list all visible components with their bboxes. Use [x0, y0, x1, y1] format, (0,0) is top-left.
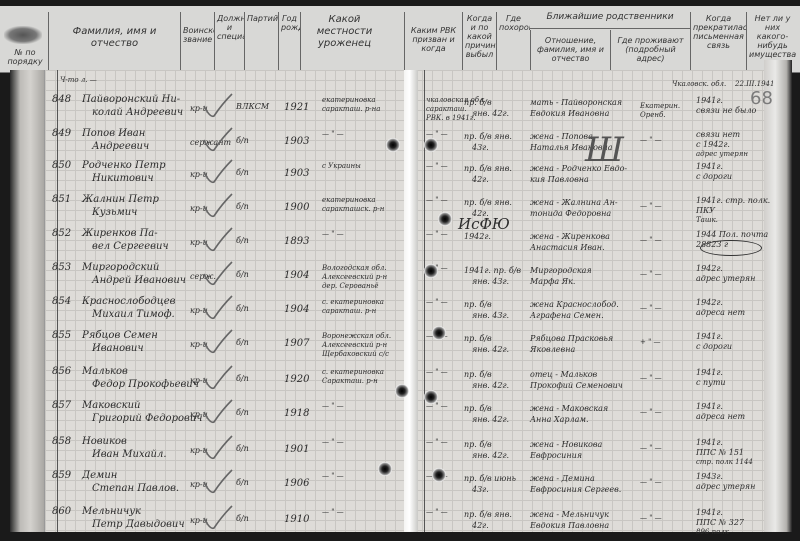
- entry-lost-contact: 1941г.: [696, 508, 723, 517]
- col-header-relation: Отношение, фамилия, имя и отчество: [530, 30, 610, 70]
- entry-birthplace: — " —: [322, 472, 344, 480]
- entry-birthplace: Вологодская обл.: [322, 264, 387, 272]
- bullet-hole: [386, 138, 400, 152]
- entry-address: + " —: [640, 338, 661, 346]
- entry-address: — " —: [640, 304, 662, 312]
- entry-party: б/п: [236, 202, 249, 211]
- entry-left-when: пр. б/в янв.: [464, 132, 512, 141]
- entry-surname: Демин: [82, 470, 117, 482]
- entry-lost-contact-2: с дороги: [696, 172, 732, 181]
- entry-birth-year: 1904: [284, 270, 309, 282]
- checkmark-icon: [200, 364, 234, 392]
- checkmark-icon: [200, 434, 234, 462]
- checkmark-icon: [200, 468, 234, 496]
- entry-number: 848: [52, 94, 71, 106]
- entry-relative: Миргородская: [530, 266, 592, 275]
- entry-address: — " —: [640, 408, 662, 416]
- entry-party: б/п: [236, 478, 249, 487]
- col-header-lost-contact: Когда прекратилась письменная связь: [690, 12, 746, 70]
- entry-relative: жена - Жиренкова: [530, 232, 610, 241]
- checkmark-icon: [200, 192, 234, 220]
- entry-rvk-3: РВК. в 1941г.: [426, 114, 476, 122]
- entry-party: ВЛКСМ: [236, 102, 269, 111]
- entry-lost-contact: 1941г.: [696, 368, 723, 377]
- entry-rvk-2: саракташ.: [426, 105, 467, 113]
- entry-surname: Мальков: [82, 366, 128, 378]
- entry-rvk: — " —: [426, 368, 448, 376]
- entry-left-when-2: янв. 42г.: [472, 451, 509, 460]
- entry-left-when: пр. б/в: [464, 98, 492, 107]
- top-right-date: 22.III.1941: [735, 80, 774, 88]
- entry-relative: жена - Попова: [530, 132, 593, 141]
- entry-birthplace-2: Алексеевский р-н: [322, 341, 387, 349]
- entry-lost-contact: 1941г.: [696, 332, 723, 341]
- entry-lost-contact-2: с 1942г.: [696, 140, 730, 149]
- top-left-note: Ч-то л. —: [60, 76, 97, 84]
- col-header-birthplace: Какой местности уроженец: [300, 12, 388, 70]
- contact-oval: [700, 240, 762, 256]
- entry-birthplace-3: дер. Серованьё: [322, 282, 379, 290]
- entry-lost-contact-2: ППС № 151: [696, 448, 744, 457]
- entry-birth-year: 1903: [284, 136, 309, 148]
- entry-lost-contact-2: с дороги: [696, 342, 732, 351]
- entry-left-when-2: 42г.: [472, 521, 489, 530]
- entry-relative: жена - Маковская: [530, 404, 608, 413]
- entry-address: — " —: [640, 236, 662, 244]
- entry-birthplace: — " —: [322, 438, 344, 446]
- bullet-hole: [432, 468, 446, 482]
- entry-left-when: пр. б/в июнь: [464, 474, 516, 483]
- col-header-left-when: Когда и по какой причине выбыл: [462, 12, 496, 70]
- entry-surname: Миргородский: [82, 262, 159, 274]
- book-left-edge: [10, 70, 44, 532]
- entry-address: Екатерин.: [640, 102, 680, 110]
- entry-birth-year: 1918: [284, 408, 309, 420]
- checkmark-icon: [200, 92, 234, 120]
- entry-surname: Краснослободцев: [82, 296, 175, 308]
- entry-left-when-2: янв. 42г.: [472, 345, 509, 354]
- entry-party: б/п: [236, 304, 249, 313]
- entry-number: 856: [52, 366, 71, 378]
- entry-lost-contact: 1941г.: [696, 162, 723, 171]
- col-header-num: № по порядку: [2, 12, 48, 70]
- entry-relative-name: Евфросиния: [530, 451, 582, 460]
- entry-relative-name: Прокофий Семенович: [530, 381, 623, 390]
- entry-birthplace-2: Алексеевский р-н: [322, 273, 387, 281]
- col-header-name: Фамилия, имя и отчество: [48, 12, 180, 70]
- bullet-hole: [424, 138, 438, 152]
- entry-birthplace-2: саракташск. р-н: [322, 205, 384, 213]
- entry-birth-year: 1921: [284, 102, 309, 114]
- entry-birth-year: 1901: [284, 444, 309, 456]
- checkmark-icon: [200, 504, 234, 532]
- entry-lost-contact: 1941г.: [696, 438, 723, 447]
- entry-party: б/п: [236, 136, 249, 145]
- entry-birth-year: 1893: [284, 236, 309, 248]
- entry-number: 857: [52, 400, 71, 412]
- top-right-region: Чкаловск. обл.: [672, 80, 726, 88]
- entry-rvk: — " —: [426, 438, 448, 446]
- entry-left-when: пр. б/в: [464, 300, 492, 309]
- entry-relative-name: Евдокия Ивановна: [530, 109, 609, 118]
- entry-lost-contact-2: адреса нет: [696, 308, 745, 317]
- entry-party: б/п: [236, 374, 249, 383]
- margin-mark: Ш: [585, 130, 624, 170]
- entry-rvk: — " —: [426, 230, 448, 238]
- entry-address-2: Оренб.: [640, 111, 665, 119]
- entry-birthplace-2: Саракташ. р-н: [322, 377, 378, 385]
- entry-given-name: Иван Михайл.: [92, 449, 167, 461]
- register-header: № по порядку Фамилия, имя и отчество Вои…: [0, 6, 800, 73]
- entry-surname: Пайворонский Ни-: [82, 94, 180, 106]
- entry-lost-contact: 1943г.: [696, 472, 723, 481]
- entry-surname: Рябцов Семен: [82, 330, 158, 342]
- entry-given-name: Петр Давыдович: [92, 519, 185, 531]
- entry-birthplace: с. екатериновка: [322, 368, 384, 376]
- entry-lost-contact: 1941г. стр. полк.: [696, 196, 770, 205]
- entry-address: — " —: [640, 270, 662, 278]
- entry-left-when-2: 43г.: [472, 143, 489, 152]
- entry-given-name: Андрей Иванович: [92, 275, 186, 287]
- entry-surname: Мельничук: [82, 506, 141, 518]
- checkmark-icon: [200, 226, 234, 254]
- entry-birth-year: 1900: [284, 202, 309, 214]
- entry-number: 850: [52, 160, 71, 172]
- entry-relative: жена - Жалнина Ан-: [530, 198, 618, 207]
- entry-relative-name: Аграфена Семен.: [530, 311, 604, 320]
- entry-left-when: пр. б/в: [464, 404, 492, 413]
- entry-lost-contact-2: ППС № 327: [696, 518, 744, 527]
- entry-relative-name: Евдокия Павловна: [530, 521, 609, 530]
- entry-lost-contact-2: с пути: [696, 378, 726, 387]
- entry-given-name: Григорий Федорович: [92, 413, 202, 425]
- entry-left-when: пр. б/в: [464, 440, 492, 449]
- entry-left-when: пр. б/в янв.: [464, 510, 512, 519]
- entry-relative-name: Евфросиния Сергеев.: [530, 485, 621, 494]
- entry-given-name: Михаил Тимоф.: [92, 309, 175, 321]
- entry-number: 851: [52, 194, 71, 206]
- entry-relative: жена - Мельничук: [530, 510, 609, 519]
- entry-relative: жена Краснослобод.: [530, 300, 619, 309]
- entry-birthplace: с. екатериновка: [322, 298, 384, 306]
- entry-birth-year: 1920: [284, 374, 309, 386]
- entry-lost-contact-2: адрес утерян: [696, 274, 755, 283]
- entry-relative: отец - Мальков: [530, 370, 597, 379]
- entry-lost-contact-2: ПКУ: [696, 206, 715, 215]
- entry-number: 849: [52, 128, 71, 140]
- col-header-rank: Воинское звание: [180, 12, 214, 70]
- entry-left-when: 1941г. пр. б/в: [464, 266, 521, 275]
- entry-left-when: пр. б/в: [464, 334, 492, 343]
- entry-given-name: Иванович: [92, 343, 144, 355]
- entry-party: б/п: [236, 236, 249, 245]
- entry-birth-year: 1903: [284, 168, 309, 180]
- entry-party: б/п: [236, 514, 249, 523]
- entry-birth-year: 1907: [284, 338, 309, 350]
- entry-birthplace-3: Щербаковский с/с: [322, 350, 389, 358]
- entry-surname: Новиков: [82, 436, 127, 448]
- entry-lost-contact: 1941г.: [696, 402, 723, 411]
- entry-party: б/п: [236, 408, 249, 417]
- bullet-hole: [432, 326, 446, 340]
- entry-number: 854: [52, 296, 71, 308]
- entry-given-name: Никитович: [92, 173, 154, 185]
- entry-party: б/п: [236, 270, 249, 279]
- entry-relative: жена - Новикова: [530, 440, 602, 449]
- checkmark-icon: [200, 328, 234, 356]
- entry-address: — " —: [640, 136, 662, 144]
- bullet-hole: [438, 212, 452, 226]
- entry-lost-contact-2: адреса нет: [696, 412, 745, 421]
- entry-birth-year: 1910: [284, 514, 309, 526]
- entry-party: б/п: [236, 338, 249, 347]
- entry-relative-name: Марфа Як.: [530, 277, 575, 286]
- entry-relative-name: тонида Федоровна: [530, 209, 611, 218]
- entry-relative: жена - Демина: [530, 474, 595, 483]
- entry-birthplace-2: саракташ. р-н: [322, 307, 376, 315]
- col-header-rvk: Каким РВК призван и когда: [404, 12, 462, 70]
- entry-birthplace: — " —: [322, 230, 344, 238]
- entry-address: — " —: [640, 478, 662, 486]
- entry-surname: Родченко Петр: [82, 160, 166, 172]
- entry-left-when-2: янв. 43г.: [472, 277, 509, 286]
- entry-birthplace: екатериновка: [322, 196, 376, 204]
- checkmark-icon: [200, 158, 234, 186]
- entry-party: б/п: [236, 444, 249, 453]
- entry-rvk: — " —: [426, 130, 448, 138]
- col-header-address: Где проживают (подробный адрес): [610, 30, 690, 70]
- entry-left-when-2: янв. 42г.: [472, 415, 509, 424]
- entry-lost-contact: 1942г.: [696, 264, 723, 273]
- entry-relative-name: Анна Харлам.: [530, 415, 589, 424]
- entry-given-name: Федор Прокофьевич: [92, 379, 199, 391]
- checkmark-icon: [200, 260, 234, 288]
- checkmark-icon: [200, 294, 234, 322]
- entry-left-when-2: янв. 43г.: [472, 311, 509, 320]
- entry-relative-name: Яковлевна: [530, 345, 575, 354]
- entry-left-when-2: 42г.: [472, 175, 489, 184]
- bullet-hole: [378, 462, 392, 476]
- entry-address: — " —: [640, 514, 662, 522]
- entry-birthplace: — " —: [322, 130, 344, 138]
- entry-left-when: пр. б/в янв.: [464, 164, 512, 173]
- entry-relative-name: кия Павловна: [530, 175, 589, 184]
- entry-number: 852: [52, 228, 71, 240]
- entry-number: 858: [52, 436, 71, 448]
- entry-birthplace: с Украины: [322, 162, 361, 170]
- entry-left-when: 1942г.: [464, 232, 491, 241]
- entry-given-name: Андреевич: [92, 141, 149, 153]
- checkmark-icon: [200, 126, 234, 154]
- entry-relative: мать - Пайворонская: [530, 98, 622, 107]
- col-header-buried: Где похоронен: [496, 12, 530, 70]
- entry-lost-contact: 1941г.: [696, 96, 723, 105]
- entry-number: 855: [52, 330, 71, 342]
- entry-lost-contact-3: 896 полк: [696, 528, 729, 536]
- entry-given-name: Степан Павлов.: [92, 483, 179, 495]
- book-gutter: [404, 70, 418, 532]
- entry-number: 859: [52, 470, 71, 482]
- bullet-hole: [424, 390, 438, 404]
- col-header-birth-year: Год рождения: [278, 12, 300, 70]
- entry-given-name: вел Сергеевич: [92, 241, 169, 253]
- entry-address: — " —: [640, 374, 662, 382]
- entry-rvk: — " —: [426, 196, 448, 204]
- entry-rvk: — " —: [426, 508, 448, 516]
- entry-number: 853: [52, 262, 71, 274]
- entry-lost-contact: 1942г.: [696, 298, 723, 307]
- book-right-edge: [764, 60, 792, 532]
- entry-relative-name: Анастасия Иван.: [530, 243, 605, 252]
- entry-given-name: колай Андреевич: [92, 107, 183, 119]
- entry-birthplace: — " —: [322, 402, 344, 410]
- entry-lost-contact-3: стр. полк 1144: [696, 458, 753, 466]
- entry-birthplace-2: саракташ. р-на: [322, 105, 380, 113]
- entry-surname: Маковский: [82, 400, 140, 412]
- col-header-position: Должность и специальность: [214, 12, 244, 70]
- stamp-mark: ИсФЮ: [458, 218, 510, 230]
- entry-left-when-2: янв. 42г.: [472, 381, 509, 390]
- entry-birth-year: 1906: [284, 478, 309, 490]
- entry-surname: Жалнин Петр: [82, 194, 159, 206]
- entry-lost-contact: 1944 Пол. почта: [696, 230, 768, 239]
- entry-party: б/п: [236, 168, 249, 177]
- entry-rvk: — " —: [426, 298, 448, 306]
- entry-lost-contact-3: адрес утерян: [696, 150, 748, 158]
- entry-lost-contact-2: связи не было: [696, 106, 756, 115]
- entry-left-when: пр. б/в янв.: [464, 198, 512, 207]
- col-header-party: Партийность: [244, 12, 278, 70]
- entry-birthplace: — " —: [322, 508, 344, 516]
- entry-lost-contact: связи нет: [696, 130, 740, 139]
- entry-lost-contact-2: адрес утерян: [696, 482, 755, 491]
- entry-rvk: — " —: [426, 162, 448, 170]
- bullet-hole: [395, 384, 409, 398]
- entry-given-name: Кузьмич: [92, 207, 137, 219]
- entry-number: 860: [52, 506, 71, 518]
- entry-relative: Рябцова Прасковья: [530, 334, 613, 343]
- entry-address: — " —: [640, 202, 662, 210]
- entry-birthplace: Воронежская обл.: [322, 332, 391, 340]
- entry-left-when: пр. б/в: [464, 370, 492, 379]
- relatives-group-header: Ближайшие родственники: [530, 12, 690, 29]
- checkmark-icon: [200, 398, 234, 426]
- entry-address: — " —: [640, 444, 662, 452]
- entry-surname: Жиренков Па-: [82, 228, 158, 240]
- entry-lost-contact-3: Ташк.: [696, 216, 718, 224]
- entry-birthplace: екатериновка: [322, 96, 376, 104]
- entry-birth-year: 1904: [284, 304, 309, 316]
- bullet-hole: [424, 264, 438, 278]
- entry-surname: Попов Иван: [82, 128, 145, 140]
- entry-left-when-2: янв. 42г.: [472, 109, 509, 118]
- entry-left-when-2: 43г.: [472, 485, 489, 494]
